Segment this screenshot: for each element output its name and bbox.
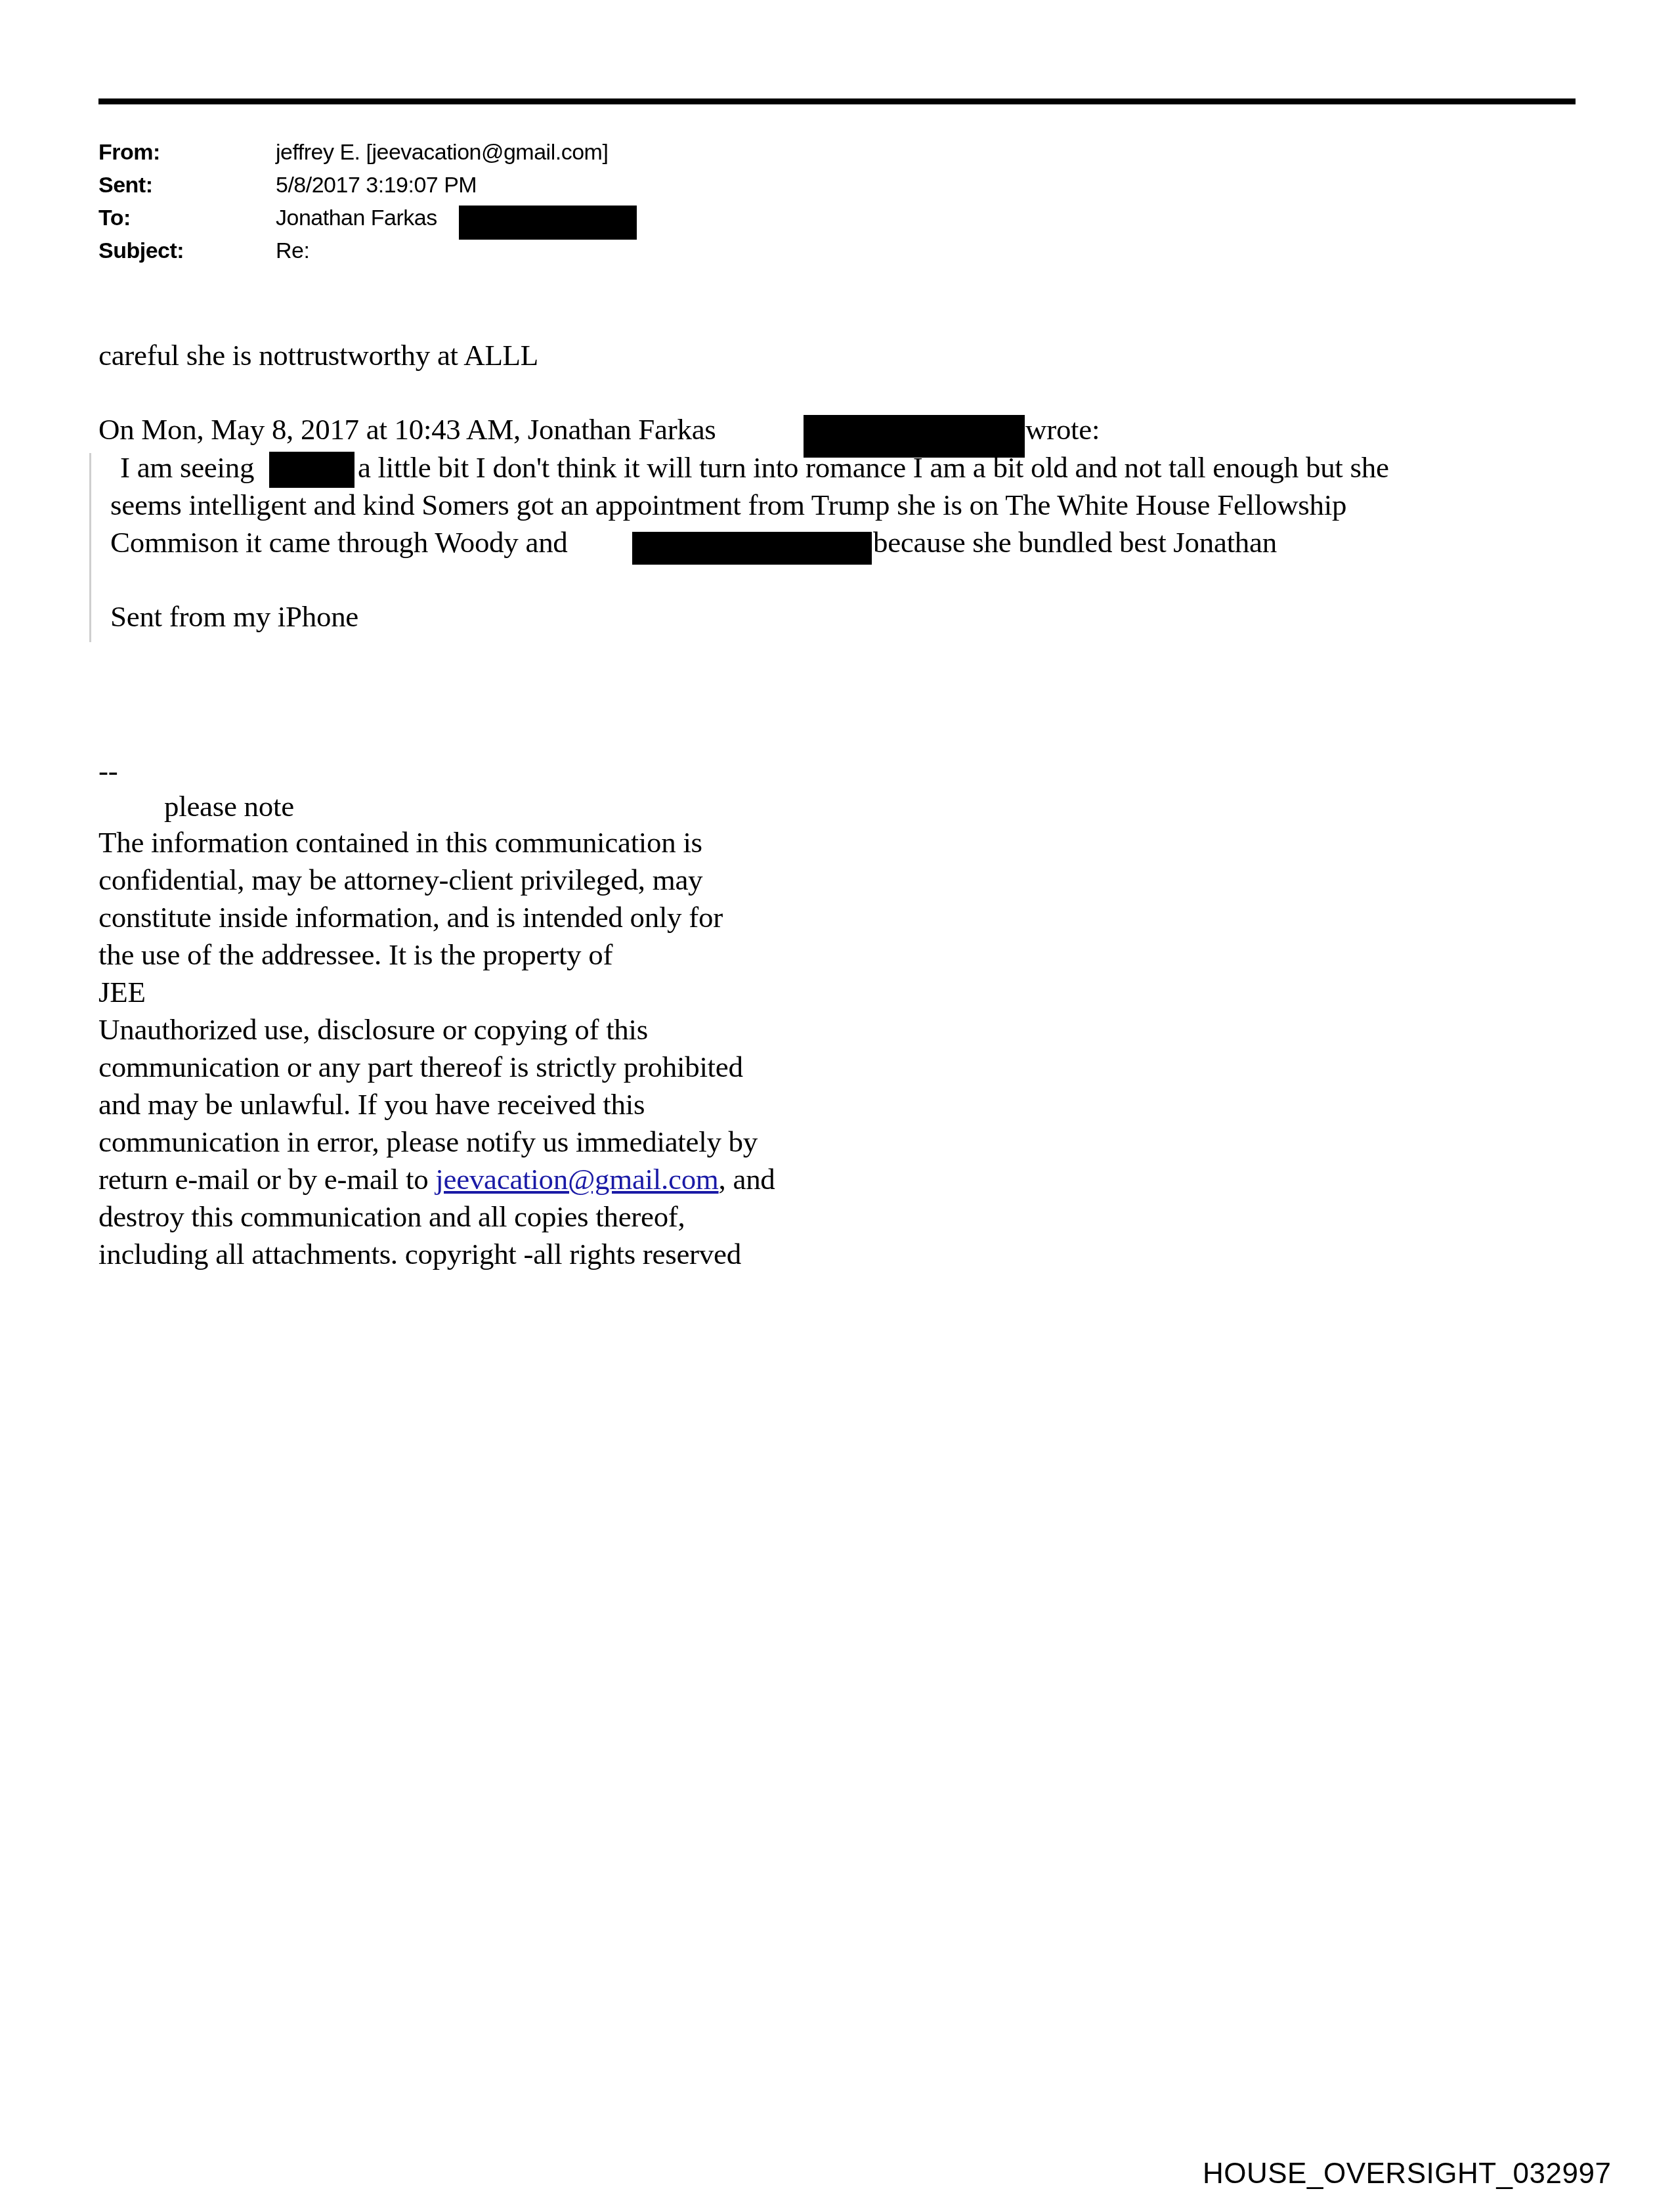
sent-value: 5/8/2017 3:19:07 PM [276,169,477,202]
redaction-box [459,206,637,240]
disclaimer-line: the use of the addressee. It is the prop… [98,938,612,972]
quoted-signature: Sent from my iPhone [110,599,358,634]
disclaimer-line: communication in error, please notify us… [98,1125,758,1159]
disclaimer-line: JEE [98,975,146,1009]
return-line-suffix: , and [719,1163,775,1196]
bates-number: HOUSE_OVERSIGHT_032997 [1203,2158,1611,2190]
signature-separator: -- [98,754,118,788]
subject-label: Subject: [98,234,184,267]
redaction-box [269,452,354,488]
quoted-line: seems intelligent and kind Somers got an… [110,488,1346,522]
disclaimer-line: confidential, may be attorney-client pri… [98,863,702,897]
quote-attribution-prefix: On Mon, May 8, 2017 at 10:43 AM, Jonatha… [98,413,716,446]
to-value: Jonathan Farkas [276,202,437,234]
quoted-line: Commison it came through Woody and [110,525,568,559]
disclaimer-line: constitute inside information, and is in… [98,900,723,934]
to-label: To: [98,202,131,234]
sent-label: Sent: [98,169,153,202]
quote-attribution: On Mon, May 8, 2017 at 10:43 AM, Jonatha… [98,412,716,446]
quoted-line: a little bit I don't think it will turn … [358,450,1389,485]
return-line-prefix: return e-mail or by e-mail to [98,1163,428,1196]
quoted-line: because she bundled best Jonathan [873,525,1277,559]
email-link[interactable]: jeevacation@gmail.com [435,1163,718,1196]
reply-text: careful she is nottrustworthy at ALLL [98,338,538,372]
disclaimer-line: destroy this communication and all copie… [98,1200,685,1234]
disclaimer-line: and may be unlawful. If you have receive… [98,1087,645,1121]
disclaimer-line: Unauthorized use, disclosure or copying … [98,1012,648,1047]
disclaimer-line: return e-mail or by e-mail to jeevacatio… [98,1162,775,1196]
from-value: jeffrey E. [jeevacation@gmail.com] [276,136,608,169]
quote-attribution-suffix: wrote: [1025,412,1100,446]
disclaimer-line: including all attachments. copyright -al… [98,1237,741,1271]
note-heading: please note [164,789,294,823]
disclaimer-line: communication or any part thereof is str… [98,1050,743,1084]
subject-value: Re: [276,234,309,267]
redaction-box [632,532,872,565]
disclaimer-line: The information contained in this commun… [98,825,702,859]
from-label: From: [98,136,160,169]
quote-bar [89,453,91,642]
header-rule [98,98,1576,104]
quoted-line: I am seeing [120,450,254,485]
